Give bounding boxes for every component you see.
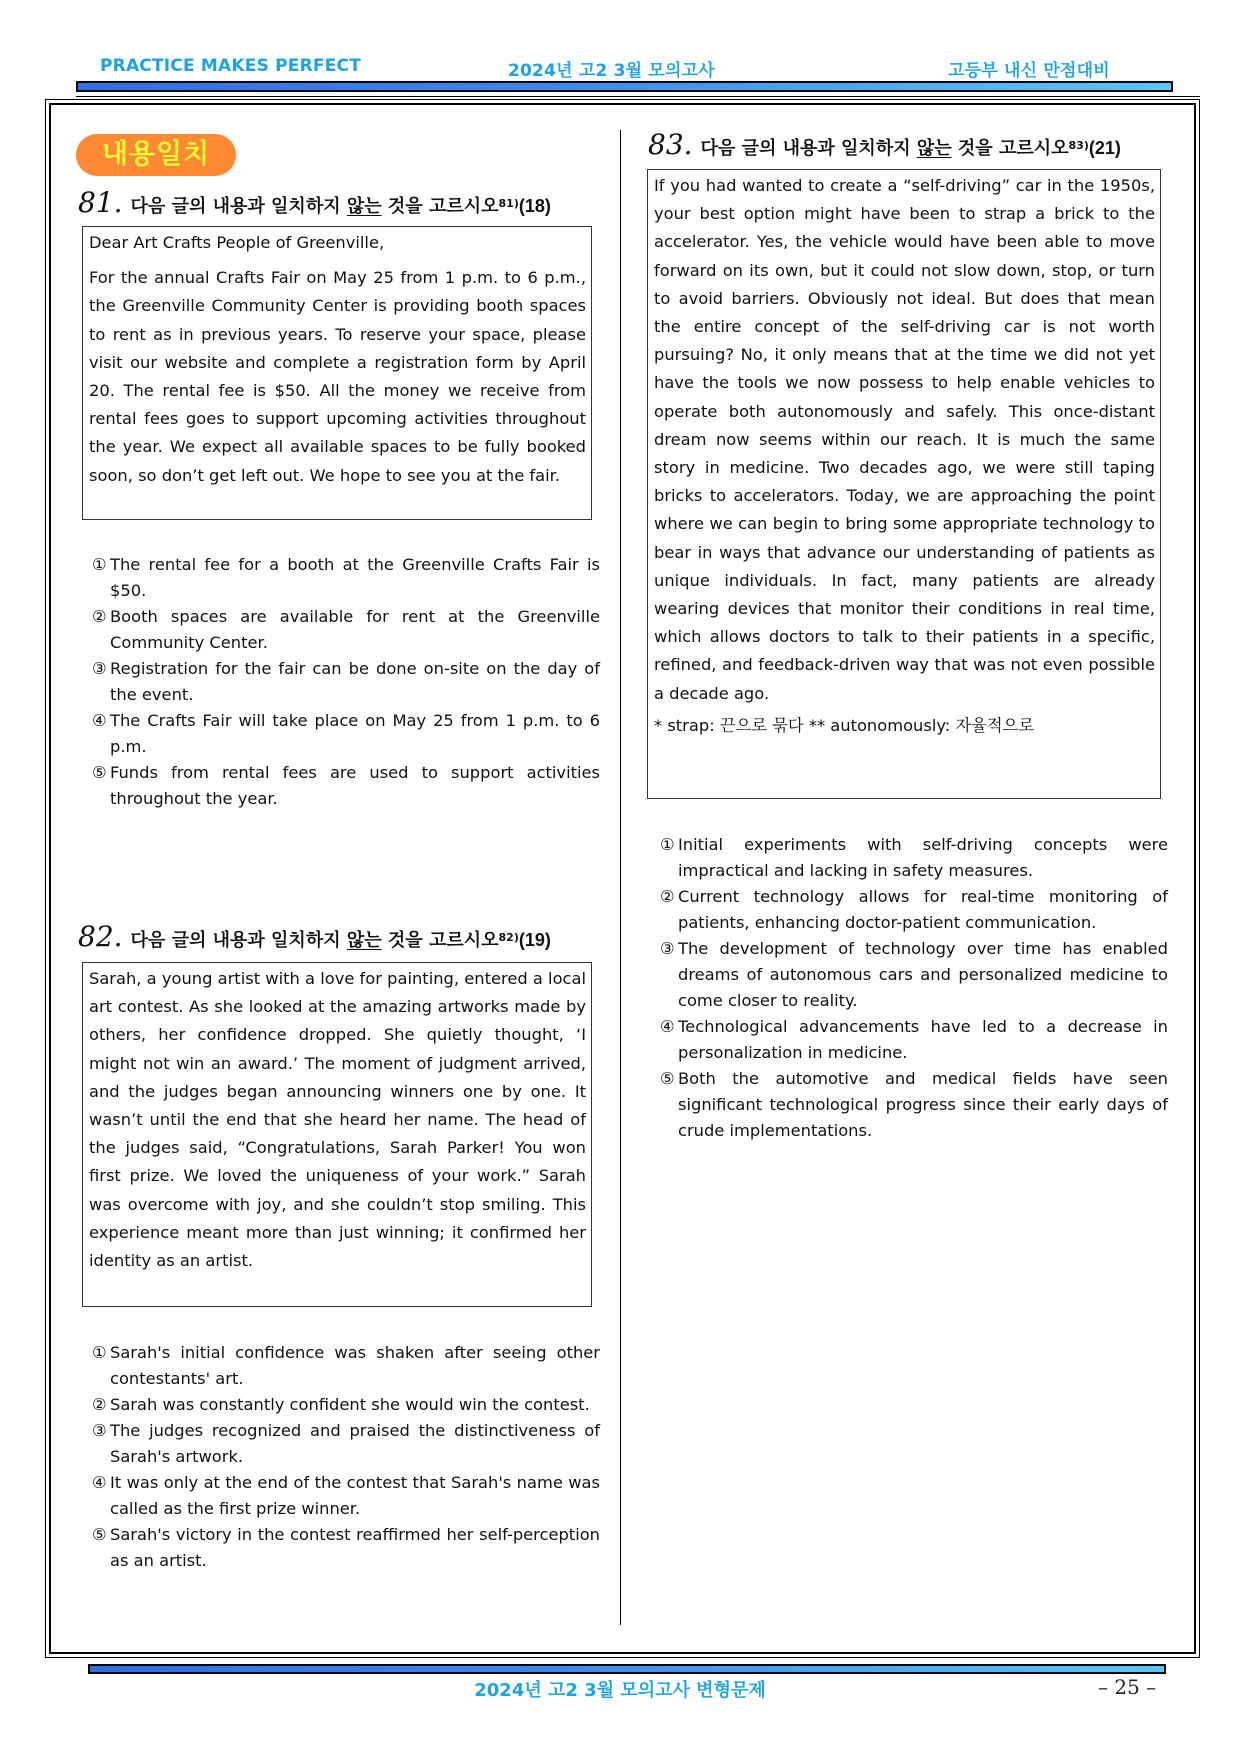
question-prompt: 다음 글의 내용과 일치하지 [131, 196, 347, 217]
question-prompt: 것을 고르시오 [382, 930, 499, 951]
footer-title: 2024년 고2 3월 모의고사 변형문제 [0, 1676, 1240, 1702]
question-82-passage: Sarah, a young artist with a love for pa… [82, 962, 592, 1307]
passage-body: If you had wanted to create a “self-driv… [654, 172, 1155, 708]
answer-option[interactable]: ①The rental fee for a booth at the Green… [90, 552, 600, 604]
passage-body: Sarah, a young artist with a love for pa… [89, 965, 586, 1275]
question-number: 81. [78, 186, 123, 219]
question-prompt: 다음 글의 내용과 일치하지 [701, 138, 917, 159]
question-points: (21) [1089, 138, 1121, 158]
header-left-title: PRACTICE MAKES PERFECT [100, 56, 361, 76]
question-number: 82. [78, 920, 123, 953]
question-prompt: 것을 고르시오 [952, 138, 1069, 159]
footnote-ref: 82) [499, 931, 519, 944]
answer-option[interactable]: ②Current technology allows for real-time… [658, 884, 1168, 936]
answer-option[interactable]: ②Booth spaces are available for rent at … [90, 604, 600, 656]
section-label-pill: 내용일치 [76, 134, 236, 176]
column-divider [620, 130, 621, 1625]
page-number: – 25 – [1098, 1675, 1156, 1699]
question-82-heading: 82.다음 글의 내용과 일치하지 않는 것을 고르시오82)(19) [78, 920, 551, 953]
answer-option[interactable]: ④The Crafts Fair will take place on May … [90, 708, 600, 760]
question-number: 83. [648, 128, 693, 161]
passage-body: For the annual Crafts Fair on May 25 fro… [89, 264, 586, 490]
passage-gloss: * strap: 끈으로 묶다 ** autonomously: 자율적으로 [654, 712, 1155, 740]
question-points: (18) [519, 196, 551, 216]
question-prompt: 것을 고르시오 [382, 196, 499, 217]
header-center-title: 2024년 고2 3월 모의고사 [508, 56, 715, 81]
question-81-options: ①The rental fee for a booth at the Green… [90, 552, 600, 812]
question-prompt-underline: 않는 [917, 138, 952, 159]
answer-option[interactable]: ②Sarah was constantly confident she woul… [90, 1392, 600, 1418]
answer-option[interactable]: ⑤Both the automotive and medical fields … [658, 1066, 1168, 1144]
answer-option[interactable]: ③The development of technology over time… [658, 936, 1168, 1014]
answer-option[interactable]: ③The judges recognized and praised the d… [90, 1418, 600, 1470]
question-83-options: ①Initial experiments with self-driving c… [658, 832, 1168, 1144]
footer-gradient-bar [88, 1664, 1166, 1674]
answer-option[interactable]: ⑤Funds from rental fees are used to supp… [90, 760, 600, 812]
answer-option[interactable]: ③Registration for the fair can be done o… [90, 656, 600, 708]
answer-option[interactable]: ④It was only at the end of the contest t… [90, 1470, 600, 1522]
answer-option[interactable]: ⑤Sarah's victory in the contest reaffirm… [90, 1522, 600, 1574]
question-prompt-underline: 않는 [347, 196, 382, 217]
header-rule [76, 96, 1200, 97]
header-gradient-bar [76, 81, 1173, 92]
footnote-ref: 83) [1069, 139, 1089, 152]
question-83-passage: If you had wanted to create a “self-driv… [647, 169, 1161, 799]
footnote-ref: 81) [499, 197, 519, 210]
question-81-passage: Dear Art Crafts People of Greenville, Fo… [82, 226, 592, 520]
question-prompt-underline: 않는 [347, 930, 382, 951]
header-right-title: 고등부 내신 만점대비 [948, 56, 1110, 81]
question-82-options: ①Sarah's initial confidence was shaken a… [90, 1340, 600, 1574]
question-prompt: 다음 글의 내용과 일치하지 [131, 930, 347, 951]
answer-option[interactable]: ④Technological advancements have led to … [658, 1014, 1168, 1066]
question-points: (19) [519, 930, 551, 950]
question-83-heading: 83.다음 글의 내용과 일치하지 않는 것을 고르시오83)(21) [648, 128, 1121, 161]
passage-greeting: Dear Art Crafts People of Greenville, [89, 229, 586, 257]
question-81-heading: 81.다음 글의 내용과 일치하지 않는 것을 고르시오81)(18) [78, 186, 551, 219]
answer-option[interactable]: ①Initial experiments with self-driving c… [658, 832, 1168, 884]
answer-option[interactable]: ①Sarah's initial confidence was shaken a… [90, 1340, 600, 1392]
